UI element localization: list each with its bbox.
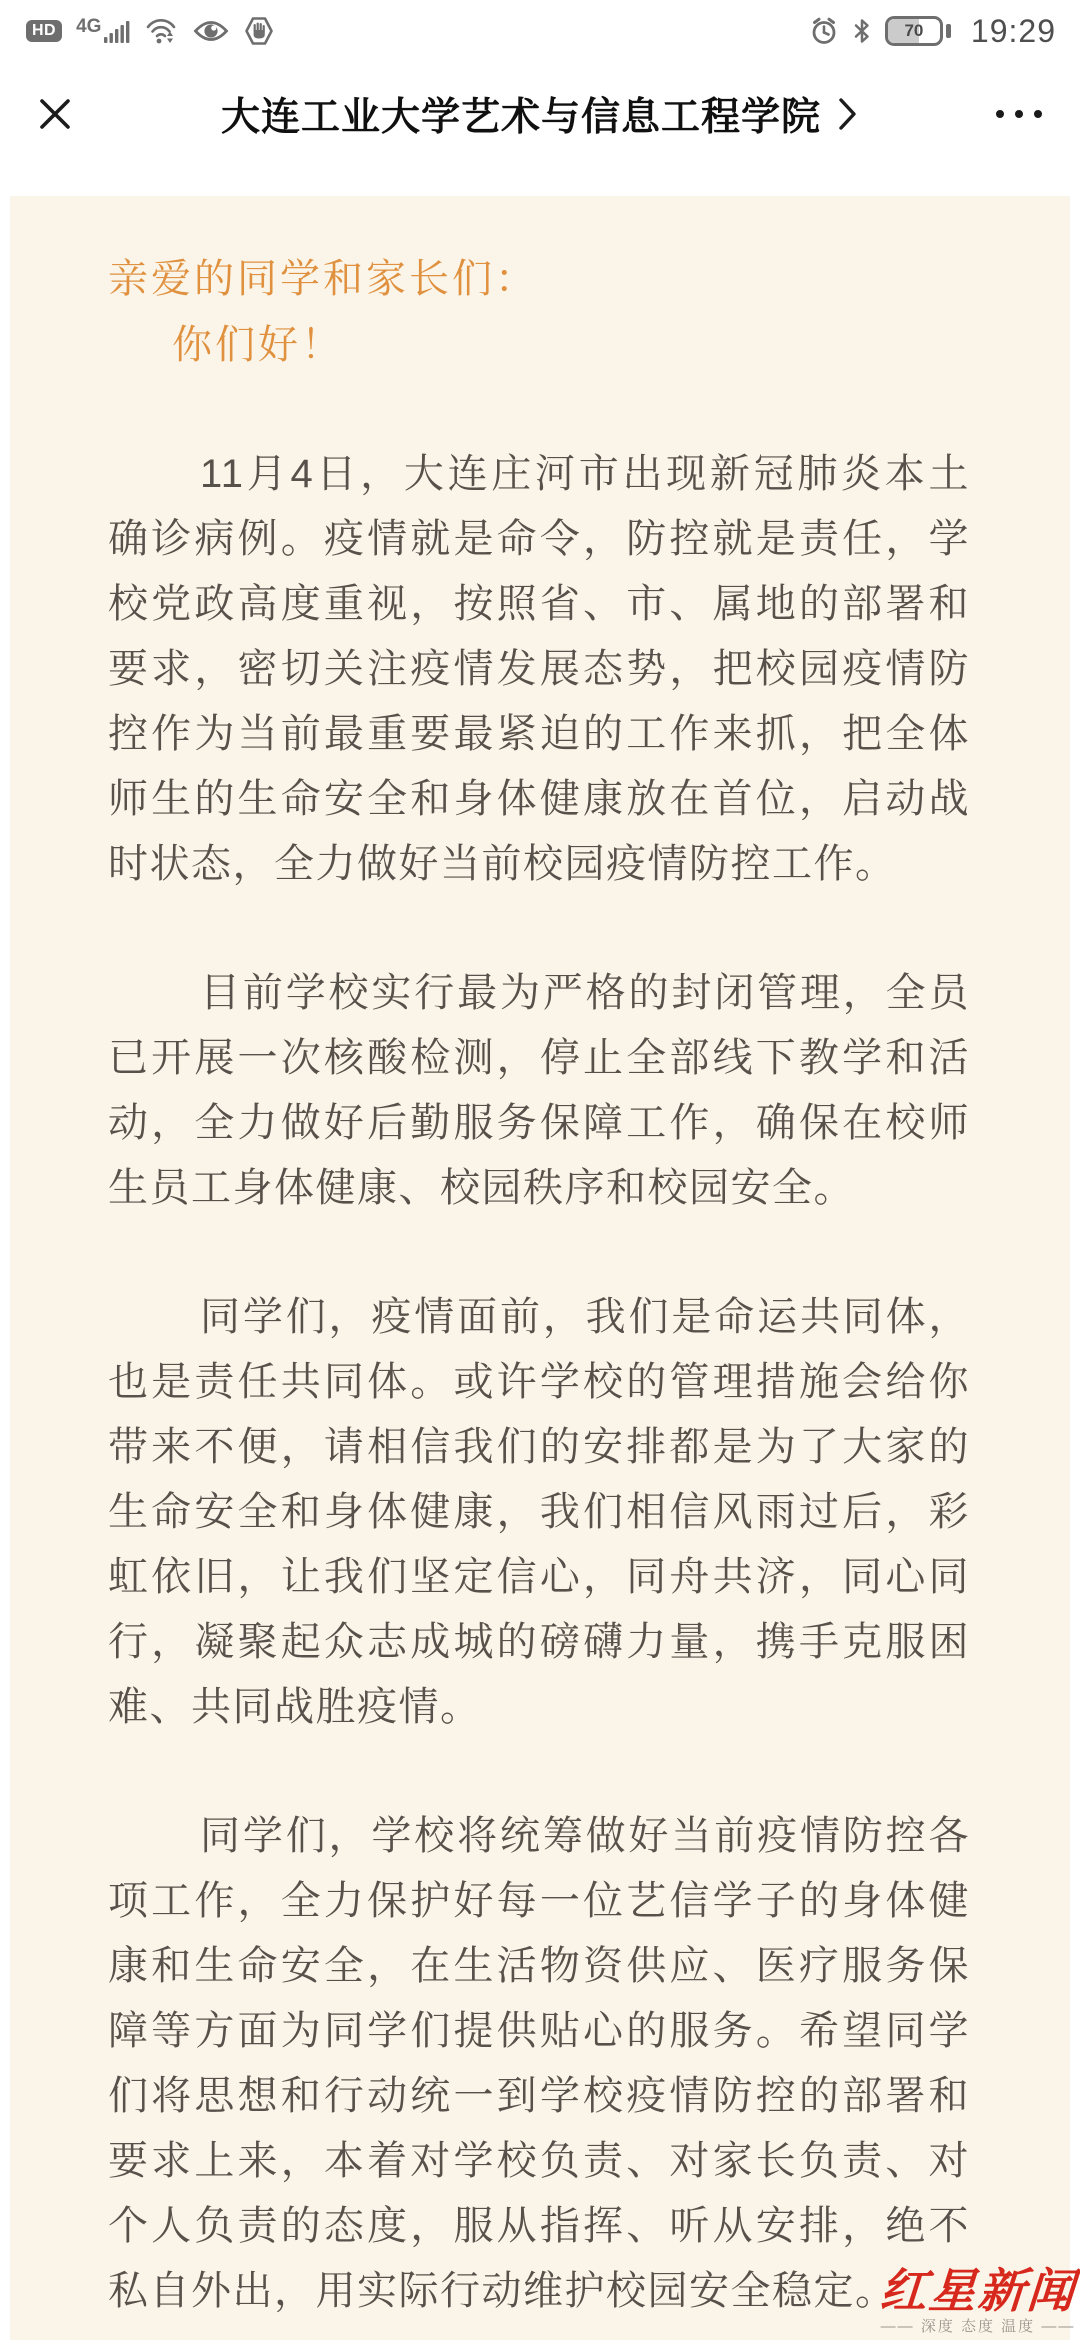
news-watermark: 红星新闻 —— 深度 态度 温度 —— — [880, 2267, 1076, 2334]
clock-time: 19:29 — [971, 13, 1056, 50]
bluetooth-icon — [853, 17, 871, 45]
nav-bar: 大连工业大学艺术与信息工程学院 — [0, 54, 1080, 164]
letter-greeting: 亲爱的同学和家长们： — [108, 246, 970, 312]
more-options-icon[interactable] — [994, 100, 1044, 128]
network-type-label: 4G — [76, 17, 101, 36]
letter-paragraph: 11月4日，大连庄河市出现新冠肺炎本土确诊病例。疫情就是命令，防控就是责任，学校… — [108, 442, 970, 897]
wifi-icon — [145, 17, 179, 45]
letter-paragraph: 同学们，学校将统筹做好当前疫情防控各项工作，全力保护好每一位艺信学子的身体健康和… — [108, 1804, 970, 2324]
network-indicator: 4G — [76, 18, 131, 44]
red-star-news-logo: 红星新闻 — [878, 2267, 1077, 2314]
status-bar: HD 4G — [0, 0, 1080, 54]
letter-image: 亲爱的同学和家长们： 你们好！ 11月4日，大连庄河市出现新冠肺炎本土确诊病例。… — [10, 196, 1070, 2340]
do-not-disturb-hand-icon — [243, 16, 275, 46]
nav-title[interactable]: 大连工业大学艺术与信息工程学院 — [221, 86, 859, 142]
signal-strength-icon — [104, 18, 131, 44]
chevron-right-icon — [837, 96, 859, 132]
close-icon[interactable] — [34, 93, 76, 135]
battery-percent: 70 — [904, 21, 923, 41]
letter-paragraph: 同学们，疫情面前，我们是命运共同体，也是责任共同体。或许学校的管理措施会给你带来… — [108, 1285, 970, 1740]
hd-badge-icon: HD — [26, 20, 62, 42]
watermark-tagline: —— 深度 态度 温度 —— — [880, 2319, 1076, 2334]
battery-icon: 70 — [885, 16, 951, 46]
letter-salute: 你们好！ — [108, 312, 970, 378]
letter-paragraph: 目前学校实行最为严格的封闭管理，全员已开展一次核酸检测，停止全部线下教学和活动，… — [108, 961, 970, 1221]
status-bar-left: HD 4G — [26, 16, 275, 46]
battery-nub — [946, 24, 951, 38]
status-bar-right: 70 19:29 — [809, 13, 1056, 50]
eye-protection-icon — [193, 18, 229, 44]
alarm-clock-icon — [809, 16, 839, 46]
page-title: 大连工业大学艺术与信息工程学院 — [221, 86, 821, 142]
